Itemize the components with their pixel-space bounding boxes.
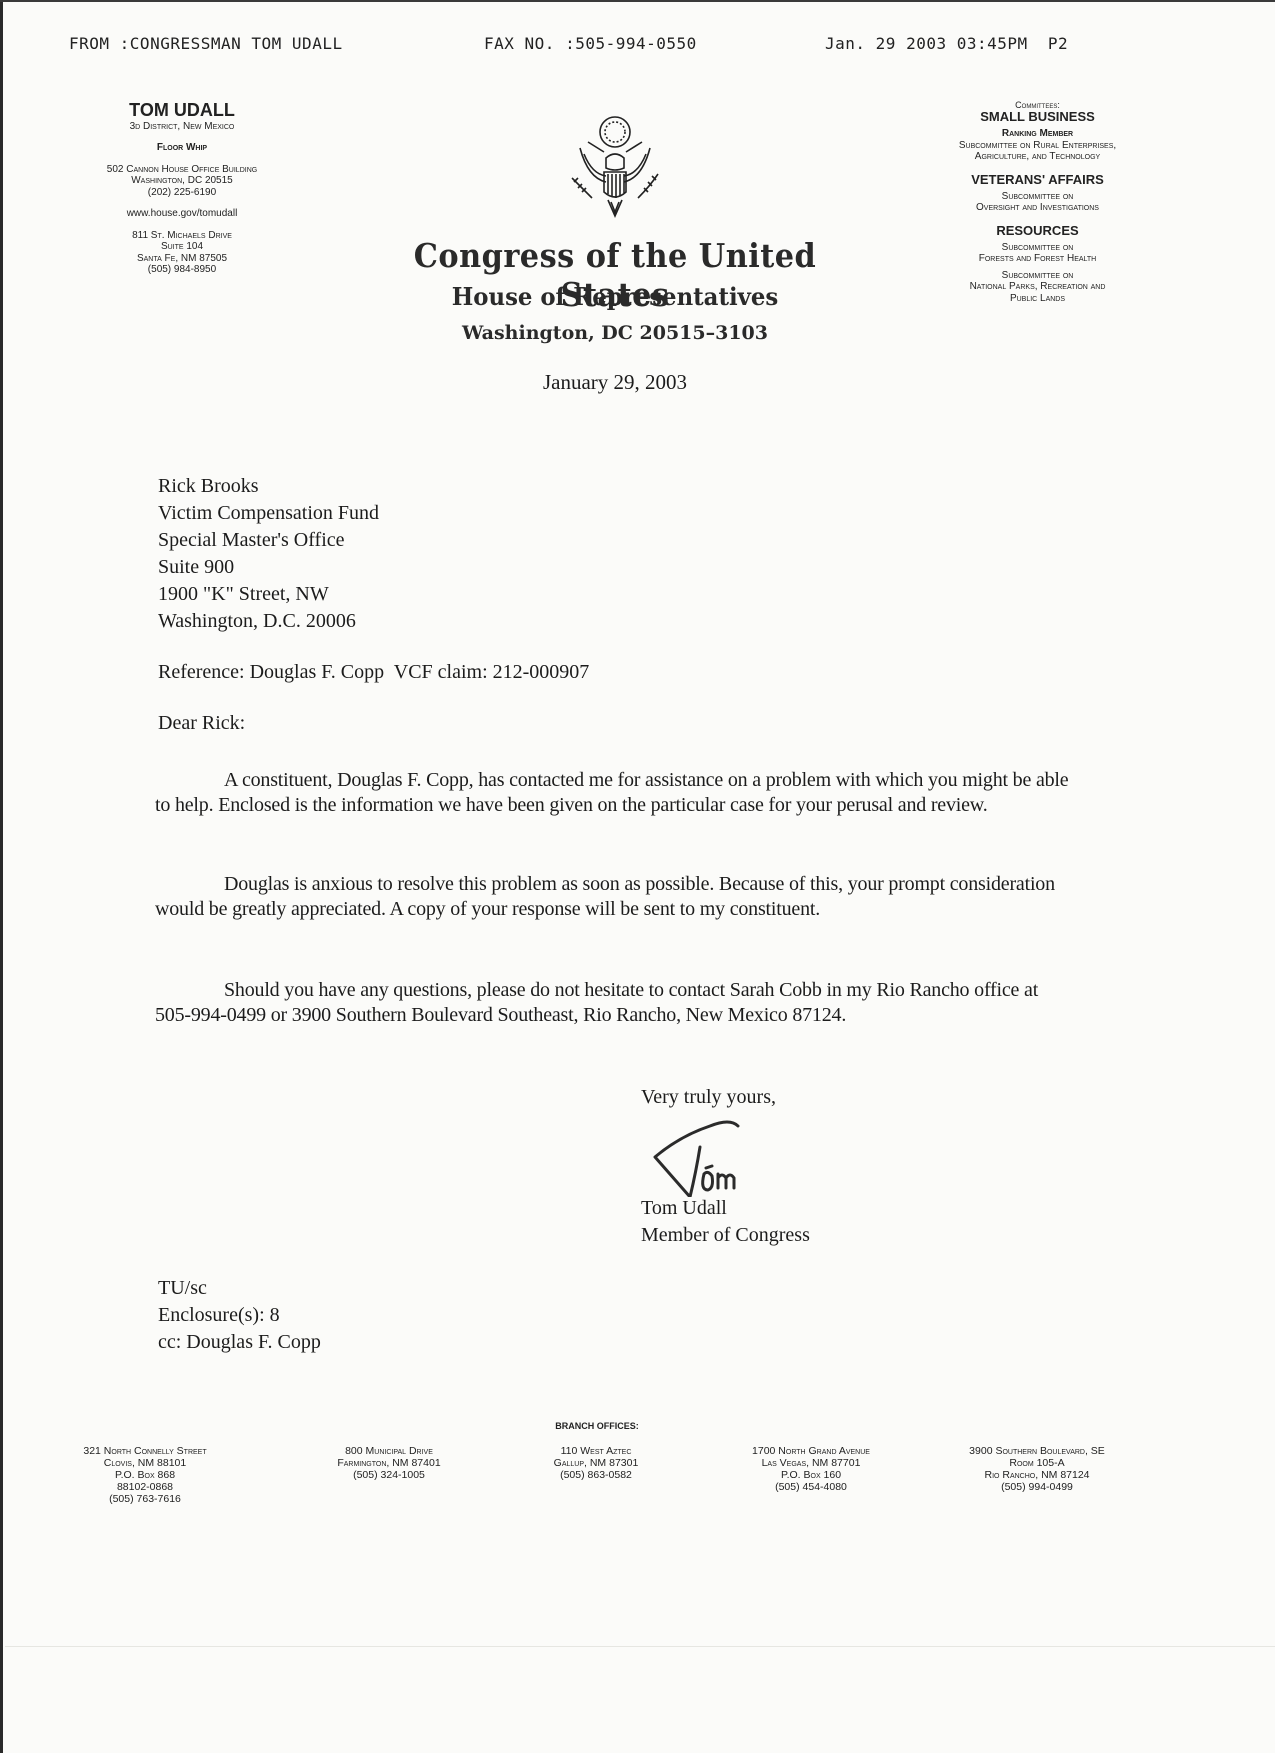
branch-office-clovis: 321 North Connelly Street Clovis, NM 881…	[40, 1445, 250, 1505]
branch-offices-label: Branch Offices:	[537, 1421, 657, 1431]
district-office-line: 811 St. Michaels Drive	[62, 230, 302, 242]
reference-line: Reference: Douglas F. Copp VCF claim: 21…	[158, 659, 589, 686]
member-website: www.house.gov/tomudall	[62, 208, 302, 220]
fax-timestamp: Jan. 29 2003 03:45PM P2	[825, 34, 1068, 53]
paragraph-text: A constituent, Douglas F. Copp, has cont…	[155, 769, 1068, 816]
district-office-line: Santa Fe, NM 87505	[62, 253, 302, 265]
office-line: 1700 North Grand Avenue	[706, 1445, 916, 1457]
committee-name: VETERANS' AFFAIRS	[910, 173, 1165, 188]
paper-bottom-edge	[5, 1646, 1275, 1647]
paragraph-text: Douglas is anxious to resolve this probl…	[155, 873, 1055, 920]
enclosures: Enclosure(s): 8	[158, 1302, 321, 1329]
fax-number: FAX NO. :505-994-0550	[484, 34, 697, 53]
signer-title: Member of Congress	[641, 1222, 810, 1249]
branch-office-gallup: 110 West Aztec Gallup, NM 87301 (505) 86…	[491, 1445, 701, 1481]
subcommittee-line: National Parks, Recreation and	[910, 281, 1165, 293]
office-line: 88102-0868	[40, 1481, 250, 1493]
recipient-line: Special Master's Office	[158, 527, 379, 554]
paragraph-text: Should you have any questions, please do…	[155, 979, 1038, 1026]
office-line: Clovis, NM 88101	[40, 1457, 250, 1469]
committees: Committees: SMALL BUSINESS Ranking Membe…	[910, 100, 1165, 304]
member-name: TOM UDALL	[62, 100, 302, 121]
recipient-address: Rick Brooks Victim Compensation Fund Spe…	[158, 473, 379, 635]
great-seal-icon	[558, 108, 672, 222]
subcommittee-line: Agriculture, and Technology	[910, 151, 1165, 163]
dc-office-phone: (202) 225-6190	[62, 187, 302, 199]
office-line: P.O. Box 868	[40, 1469, 250, 1481]
committee-name: SMALL BUSINESS	[910, 110, 1165, 125]
recipient-line: Suite 900	[158, 554, 379, 581]
signer-block: Tom Udall Member of Congress	[641, 1195, 810, 1249]
office-line: Gallup, NM 87301	[491, 1457, 701, 1469]
cc-line: cc: Douglas F. Copp	[158, 1329, 321, 1356]
subcommittee-line: Subcommittee on	[910, 270, 1165, 282]
committee-role: Ranking Member	[910, 128, 1165, 140]
subcommittee-line: Subcommittee on Rural Enterprises,	[910, 140, 1165, 152]
body-paragraph: Should you have any questions, please do…	[155, 978, 1075, 1027]
office-line: P.O. Box 160	[706, 1469, 916, 1481]
city-zip: Washington, DC 20515–3103	[360, 322, 870, 344]
closing: Very truly yours,	[641, 1084, 776, 1111]
dc-office-line: 502 Cannon House Office Building	[62, 164, 302, 176]
committee-name: RESOURCES	[910, 224, 1165, 239]
salutation: Dear Rick:	[158, 710, 245, 737]
subcommittee-line: Subcommittee on	[910, 191, 1165, 203]
scan-edge-left	[0, 0, 3, 1753]
signer-name: Tom Udall	[641, 1195, 810, 1222]
office-line: Room 105-A	[932, 1457, 1142, 1469]
subcommittee-line: Oversight and Investigations	[910, 202, 1165, 214]
office-phone: (505) 324-1005	[284, 1469, 494, 1481]
recipient-line: 1900 "K" Street, NW	[158, 581, 379, 608]
dc-office-line: Washington, DC 20515	[62, 175, 302, 187]
office-line: 110 West Aztec	[491, 1445, 701, 1457]
recipient-name: Rick Brooks	[158, 473, 379, 500]
subcommittee-line: Subcommittee on	[910, 242, 1165, 254]
branch-office-las-vegas: 1700 North Grand Avenue Las Vegas, NM 87…	[706, 1445, 916, 1493]
scan-edge-top	[0, 0, 1275, 2]
subcommittee-line: Public Lands	[910, 293, 1165, 305]
fax-from: FROM :CONGRESSMAN TOM UDALL	[69, 34, 343, 53]
office-phone: (505) 994-0499	[932, 1481, 1142, 1493]
office-line: Las Vegas, NM 87701	[706, 1457, 916, 1469]
office-line: 800 Municipal Drive	[284, 1445, 494, 1457]
office-line: 321 North Connelly Street	[40, 1445, 250, 1457]
body-paragraph: A constituent, Douglas F. Copp, has cont…	[155, 768, 1075, 817]
letter-date: January 29, 2003	[360, 370, 870, 395]
subcommittee-line: Forests and Forest Health	[910, 253, 1165, 265]
typist-initials: TU/sc	[158, 1275, 321, 1302]
district-office-line: Suite 104	[62, 241, 302, 253]
office-phone: (505) 863-0582	[491, 1469, 701, 1481]
member-info: TOM UDALL 3d District, New Mexico Floor …	[62, 100, 302, 276]
branch-office-farmington: 800 Municipal Drive Farmington, NM 87401…	[284, 1445, 494, 1481]
member-title: Floor Whip	[62, 142, 302, 154]
body-paragraph: Douglas is anxious to resolve this probl…	[155, 872, 1075, 921]
office-line: Farmington, NM 87401	[284, 1457, 494, 1469]
chamber-title: House of Representatives	[373, 282, 858, 311]
office-phone: (505) 763-7616	[40, 1493, 250, 1505]
recipient-line: Victim Compensation Fund	[158, 500, 379, 527]
member-district: 3d District, New Mexico	[62, 121, 302, 133]
office-line: Rio Rancho, NM 87124	[932, 1469, 1142, 1481]
letter-notations: TU/sc Enclosure(s): 8 cc: Douglas F. Cop…	[158, 1275, 321, 1356]
signature-icon	[640, 1112, 760, 1197]
district-office-phone: (505) 984-8950	[62, 264, 302, 276]
office-line: 3900 Southern Boulevard, SE	[932, 1445, 1142, 1457]
branch-office-rio-rancho: 3900 Southern Boulevard, SE Room 105-A R…	[932, 1445, 1142, 1493]
recipient-line: Washington, D.C. 20006	[158, 608, 379, 635]
office-phone: (505) 454-4080	[706, 1481, 916, 1493]
